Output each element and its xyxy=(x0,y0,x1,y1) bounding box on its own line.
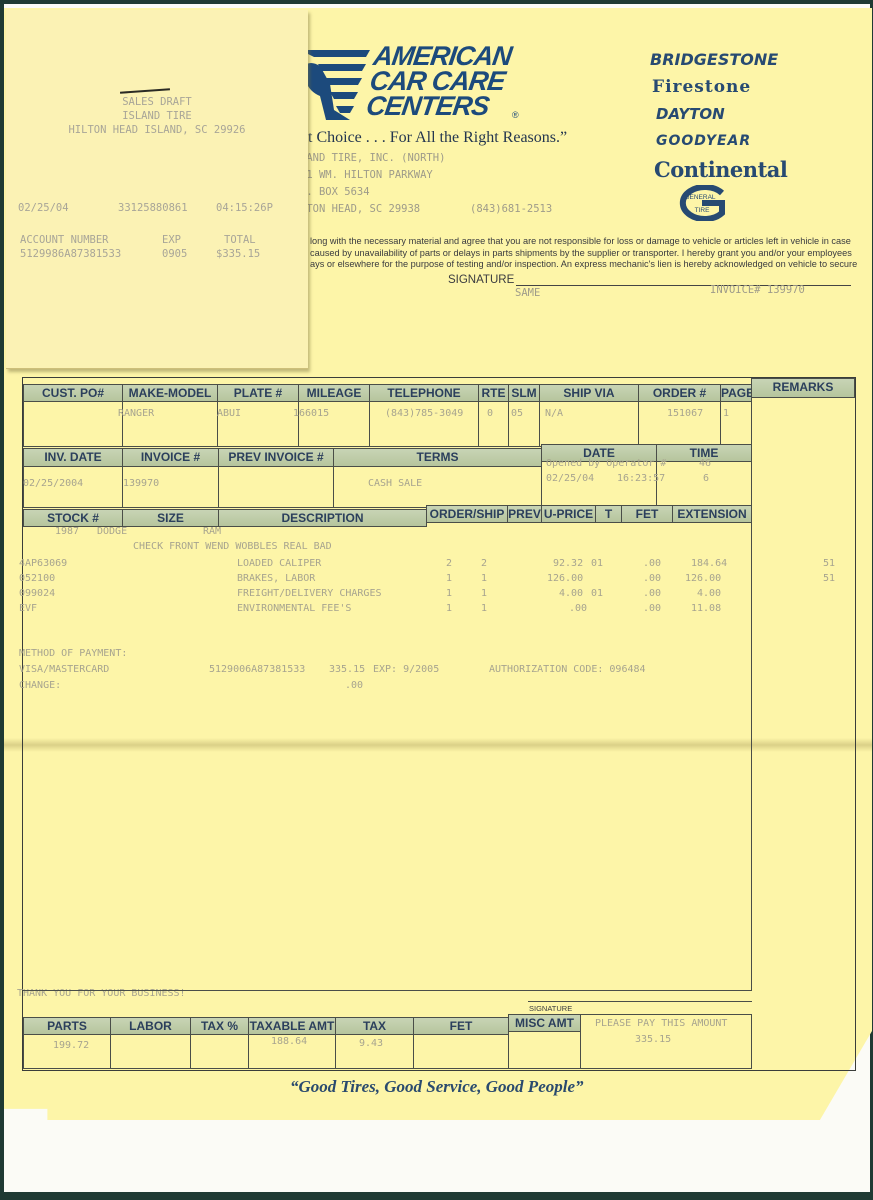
order-qty-value: 1 xyxy=(446,588,452,599)
receipt-account-number: 5129986A87381533 xyxy=(20,248,121,260)
fet-value: .00 xyxy=(643,558,661,569)
order-qty-value: 1 xyxy=(446,603,452,614)
ship-qty-value: 2 xyxy=(481,558,487,569)
store-address-line-4: LTON HEAD, SC 29938 xyxy=(300,203,420,215)
logo-wordmark: AMERICAN CAR CARE CENTERS xyxy=(365,44,513,119)
order-qty-value: 2 xyxy=(446,558,452,569)
store-phone: (843)681-2513 xyxy=(470,203,552,215)
extension-value: 11.08 xyxy=(691,603,721,614)
description-value: ENVIRONMENTAL FEE'S xyxy=(237,603,351,614)
header-size: SIZE xyxy=(122,509,219,527)
stock-value: 099024 xyxy=(19,588,55,599)
pay-label: PLEASE PAY THIS AMOUNT xyxy=(595,1018,727,1029)
time-value: 16:23:57 xyxy=(617,473,665,484)
brand-dayton: DAYTON xyxy=(656,105,725,123)
telephone-value: (843)785-3049 xyxy=(385,408,463,419)
extension-value: 184.64 xyxy=(691,558,727,569)
brand-bridgestone: BRIDGESTONE xyxy=(650,50,778,69)
description-value: BRAKES, LABOR xyxy=(237,573,315,584)
fet-value: .00 xyxy=(643,573,661,584)
u-price-value: 126.00 xyxy=(547,573,583,584)
make-model-value: RANGER xyxy=(118,408,154,419)
header-stock: STOCK # xyxy=(23,509,123,527)
signature-label: SIGNATURE xyxy=(448,274,514,286)
receipt-exp-label: EXP xyxy=(162,234,181,246)
cust-po-cell[interactable] xyxy=(23,401,123,447)
signature-divider xyxy=(528,1001,752,1002)
u-price-value: 92.32 xyxy=(553,558,583,569)
prev-invoice-cell[interactable] xyxy=(218,466,334,508)
order-value: 151067 xyxy=(667,408,703,419)
svg-text:TIRE: TIRE xyxy=(695,207,710,214)
mileage-value: 166015 xyxy=(293,408,329,419)
t-value: 01 xyxy=(591,588,603,599)
vehicle-model: RAM xyxy=(203,526,221,537)
fet-total-cell[interactable] xyxy=(413,1034,509,1069)
receipt-total: $335.15 xyxy=(216,248,260,260)
thanks-divider xyxy=(23,990,752,991)
header-taxable-amt: TAXABLE AMT xyxy=(248,1017,336,1035)
stock-value: 052100 xyxy=(19,573,55,584)
header-slogan: ht Choice . . . For All the Right Reason… xyxy=(300,129,567,147)
rte-cell[interactable] xyxy=(478,401,509,447)
time-extra-value: 6 xyxy=(703,473,709,484)
rte-value: 0 xyxy=(487,408,493,419)
remark-value: 51 xyxy=(823,558,835,569)
slm-value: 05 xyxy=(511,408,523,419)
invoice-form: CUST. PO# MAKE-MODEL PLATE # MILEAGE TEL… xyxy=(22,377,856,1071)
service-note: CHECK FRONT WEND WOBBLES REAL BAD xyxy=(133,541,332,552)
page-value: 1 xyxy=(723,408,729,419)
tax-pct-cell[interactable] xyxy=(190,1034,249,1069)
header-page: PAGE xyxy=(720,384,752,402)
payment-exp: EXP: 9/2005 xyxy=(373,664,439,675)
t-value: 01 xyxy=(591,558,603,569)
header-cust-po: CUST. PO# xyxy=(23,384,123,402)
inv-date-value: 02/25/2004 xyxy=(23,478,83,489)
change-label: CHANGE: xyxy=(19,680,61,691)
u-price-value: .00 xyxy=(569,603,587,614)
fet-value: .00 xyxy=(643,588,661,599)
u-price-value: 4.00 xyxy=(559,588,583,599)
remark-value: 51 xyxy=(823,573,835,584)
tax-value: 9.43 xyxy=(359,1038,383,1049)
payment-card: 5129006A87381533 xyxy=(209,664,305,675)
receipt-title: SALES DRAFT xyxy=(6,96,308,108)
ship-via-value: N/A xyxy=(545,408,563,419)
receipt-total-label: TOTAL xyxy=(224,234,256,246)
totals-signature-label: SIGNATURE xyxy=(529,1004,572,1013)
staple-icon xyxy=(120,88,170,93)
header-description: DESCRIPTION xyxy=(218,509,427,527)
fet-value: .00 xyxy=(643,603,661,614)
opened-by-label: Opened by Operator # xyxy=(546,458,666,469)
payment-amount: 335.15 xyxy=(329,664,365,675)
header-rte: RTE xyxy=(478,384,509,402)
payment-method: VISA/MASTERCARD xyxy=(19,664,109,675)
svg-text:GENERAL: GENERAL xyxy=(684,194,715,201)
receipt-terminal-id: 33125880861 xyxy=(118,202,188,214)
terms-value: CASH SALE xyxy=(368,478,422,489)
header-labor: LABOR xyxy=(110,1017,191,1035)
header-u-price: U-PRICE xyxy=(541,505,596,523)
receipt-exp: 0905 xyxy=(162,248,187,260)
header-plate: PLATE # xyxy=(217,384,299,402)
ship-qty-value: 1 xyxy=(481,573,487,584)
header-prev: PREV xyxy=(507,505,542,523)
brand-goodyear: GOODYEAR xyxy=(656,133,751,149)
brand-continental: Continental xyxy=(654,157,787,182)
header-fet-total: FET xyxy=(413,1017,509,1035)
header-inv-date: INV. DATE xyxy=(23,448,123,467)
header-ship-via: SHIP VIA xyxy=(539,384,639,402)
date-value: 02/25/04 xyxy=(546,473,594,484)
header-misc-amt: MISC AMT xyxy=(508,1014,581,1032)
change-value: .00 xyxy=(345,680,363,691)
sales-draft-receipt: SALES DRAFT ISLAND TIRE HILTON HEAD ISLA… xyxy=(6,10,308,369)
payment-label: METHOD OF PAYMENT: xyxy=(19,648,127,659)
vehicle-make: DODGE xyxy=(97,526,127,537)
signature-value: SAME xyxy=(515,287,540,299)
taxable-amt-value: 188.64 xyxy=(271,1036,307,1047)
ship-qty-value: 1 xyxy=(481,588,487,599)
receipt-merchant: ISLAND TIRE xyxy=(6,110,308,122)
receipt-location: HILTON HEAD ISLAND, SC 29926 xyxy=(6,124,308,136)
operator-value: 46 xyxy=(699,458,711,469)
remarks-divider xyxy=(751,398,752,990)
header-slm: SLM xyxy=(508,384,540,402)
receipt-account-label: ACCOUNT NUMBER xyxy=(20,234,109,246)
header-remarks: REMARKS xyxy=(751,378,855,398)
registered-mark: ® xyxy=(512,110,519,120)
invoice-note: INVOICE# 139970 xyxy=(710,284,805,296)
header-prev-invoice: PREV INVOICE # xyxy=(218,448,334,467)
header-terms: TERMS xyxy=(333,448,542,467)
terms-cell[interactable] xyxy=(333,466,542,508)
header-parts: PARTS xyxy=(23,1017,111,1035)
header-order: ORDER # xyxy=(638,384,721,402)
description-value: LOADED CALIPER xyxy=(237,558,321,569)
stock-value: EVF xyxy=(19,603,37,614)
store-address-line-2: 71 WM. HILTON PARKWAY xyxy=(300,169,433,181)
header-fet: FET xyxy=(621,505,673,523)
receipt-date: 02/25/04 xyxy=(18,202,69,214)
brand-firestone: Firestone xyxy=(652,77,751,97)
description-value: FREIGHT/DELIVERY CHARGES xyxy=(237,588,382,599)
order-qty-value: 1 xyxy=(446,573,452,584)
header-tax-pct: TAX % xyxy=(190,1017,249,1035)
header-extension: EXTENSION xyxy=(672,505,752,523)
legal-disclaimer: long with the necessary material and agr… xyxy=(310,236,870,271)
plate-value: ABUI xyxy=(217,408,241,419)
store-address-line-1: LAND TIRE, INC. (NORTH) xyxy=(300,152,445,164)
header-make-model: MAKE-MODEL xyxy=(122,384,218,402)
header-t: T xyxy=(595,505,622,523)
american-car-care-logo: AMERICAN CAR CARE CENTERS ® xyxy=(300,44,565,124)
header-tax: TAX xyxy=(335,1017,414,1035)
header-mileage: MILEAGE xyxy=(298,384,370,402)
store-address-line-3: D. BOX 5634 xyxy=(300,186,370,198)
parts-value: 199.72 xyxy=(53,1040,89,1051)
labor-cell[interactable] xyxy=(110,1034,191,1069)
pay-amount: 335.15 xyxy=(635,1034,671,1045)
extension-value: 4.00 xyxy=(697,588,721,599)
receipt-time: 04:15:26P xyxy=(216,202,273,214)
header-telephone: TELEPHONE xyxy=(369,384,479,402)
misc-amt-cell[interactable] xyxy=(508,1031,581,1069)
invoice-value: 139970 xyxy=(123,478,159,489)
extension-value: 126.00 xyxy=(685,573,721,584)
footer-slogan: “Good Tires, Good Service, Good People” xyxy=(290,1077,584,1097)
vehicle-year: 1987 xyxy=(55,526,79,537)
general-tire-logo-icon: GENERAL TIRE xyxy=(672,185,728,221)
payment-auth: AUTHORIZATION CODE: 096484 xyxy=(489,664,646,675)
stock-value: 4AP63069 xyxy=(19,558,67,569)
ship-qty-value: 1 xyxy=(481,603,487,614)
header-invoice: INVOICE # xyxy=(122,448,219,467)
header-order-ship: ORDER/SHIP xyxy=(426,505,508,523)
